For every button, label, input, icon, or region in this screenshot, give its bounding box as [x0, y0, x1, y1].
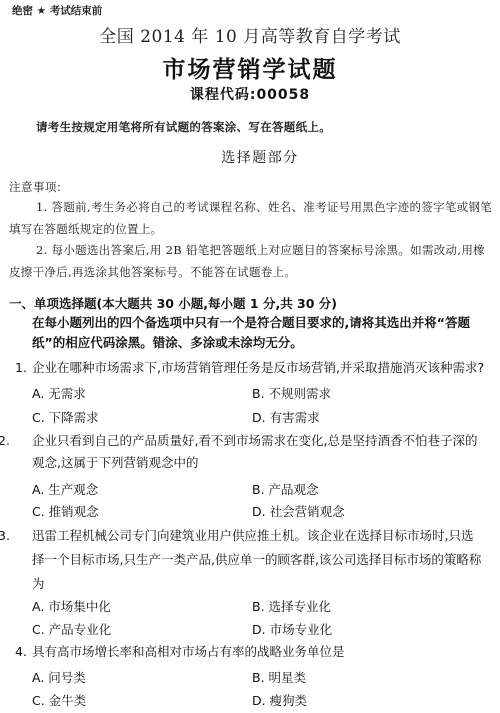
option-a[interactable]: A. 市场集中化 — [32, 597, 111, 615]
option-c[interactable]: C. 下降需求 — [32, 408, 99, 426]
question-number: 1. — [15, 357, 32, 379]
note-item: 2. 每小题选出答案后,用 2B 铅笔把答题纸上对应题目的答案标号涂黑。如需改动… — [9, 240, 495, 283]
option-d[interactable]: D. 有害需求 — [252, 408, 320, 426]
option-b[interactable]: B. 明星类 — [252, 668, 306, 686]
question-number: 4. — [15, 641, 32, 663]
option-c[interactable]: C. 推销观念 — [32, 502, 99, 520]
question-text: 企业在哪种市场需求下,市场营销管理任务是反市场营销,并采取措施消灭该种需求? — [32, 360, 484, 375]
option-d[interactable]: D. 市场专业化 — [252, 620, 332, 638]
question-4: 4.具有高市场增长率和高相对市场占有率的战略业务单位是 — [15, 641, 485, 663]
note-item: 1. 答题前,考生务必将自己的考试课程名称、姓名、准考证号用黑色字迹的签字笔或钢… — [9, 197, 495, 240]
section-title: 选择题部分 — [10, 147, 500, 167]
course-code: 课程代码:00058 — [0, 84, 500, 104]
option-b[interactable]: B. 不规则需求 — [252, 384, 331, 402]
confidential-label: 绝密 ★ 考试结束前 — [12, 3, 102, 18]
answer-instruction: 请考生按规定用笔将所有试题的答案涂、写在答题纸上。 — [36, 119, 331, 135]
question-text: 企业只看到自己的产品质量好,看不到市场需求在变化,总是坚持酒香不怕巷子深的观念,… — [32, 433, 477, 470]
subject-title: 市场营销学试题 — [0, 51, 500, 84]
question-3: 3.迅雷工程机械公司专门向建筑业用户供应推土机。该企业在选择目标市场时,只选择一… — [15, 524, 485, 596]
option-a[interactable]: A. 生产观念 — [32, 480, 98, 498]
part-description: 在每小题列出的四个备选项中只有一个是符合题目要求的,请将其选出并将“答题纸”的相… — [32, 313, 490, 353]
question-number: 3. — [15, 524, 32, 548]
option-b[interactable]: B. 产品观念 — [252, 480, 319, 498]
option-d[interactable]: D. 瘦狗类 — [252, 691, 307, 709]
question-1: 1.企业在哪种市场需求下,市场营销管理任务是反市场营销,并采取措施消灭该种需求? — [15, 357, 485, 379]
option-d[interactable]: D. 社会营销观念 — [252, 502, 345, 520]
question-number: 2. — [15, 430, 32, 452]
option-b[interactable]: B. 选择专业化 — [252, 597, 331, 615]
question-text: 具有高市场增长率和高相对市场占有率的战略业务单位是 — [32, 644, 345, 659]
part-heading: 一、单项选择题(本大题共 30 小题,每小题 1 分,共 30 分) — [9, 294, 337, 312]
option-a[interactable]: A. 无需求 — [32, 384, 86, 402]
option-c[interactable]: C. 金牛类 — [32, 691, 86, 709]
question-text: 迅雷工程机械公司专门向建筑业用户供应推土机。该企业在选择目标市场时,只选择一个目… — [32, 528, 481, 591]
option-c[interactable]: C. 产品专业化 — [32, 620, 111, 638]
notes-heading: 注意事项: — [9, 179, 61, 195]
option-a[interactable]: A. 问号类 — [32, 668, 86, 686]
exam-title: 全国 2014 年 10 月高等教育自学考试 — [0, 22, 500, 47]
question-2: 2.企业只看到自己的产品质量好,看不到市场需求在变化,总是坚持酒香不怕巷子深的观… — [15, 430, 485, 474]
